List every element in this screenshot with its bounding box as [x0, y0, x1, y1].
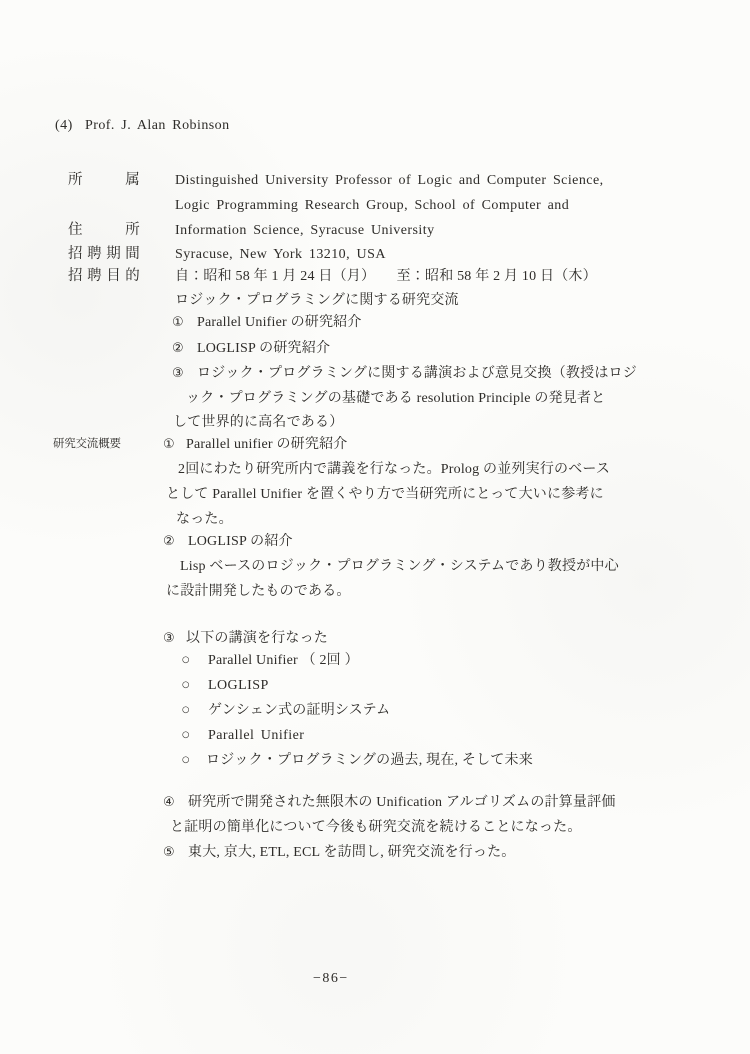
line-text: として Parallel Unifier を置くやり方で当研究所にとって大いに参…	[166, 482, 604, 507]
summary-item-2: ②LOGLISP の紹介	[0, 529, 750, 554]
bullet-circle-icon: ○	[182, 648, 190, 673]
line-text: に設計開発したものである。	[166, 579, 351, 604]
line-text: ック・プログラミングの基礎である resolution Principle の発…	[186, 386, 605, 411]
line-text: Logic Programming Research Group, School…	[175, 193, 569, 218]
label-char: 住	[68, 218, 83, 243]
lecture-bullet-5: ○ロジック・プログラミングの過去, 現在, そして未来	[0, 748, 750, 773]
summary-item-2-body-1: Lisp ベースのロジック・プログラミング・システムであり教授が中心	[0, 554, 750, 579]
list-marker: ①	[163, 432, 175, 457]
affiliation-value-2: Logic Programming Research Group, School…	[0, 193, 750, 218]
label-char: 所	[68, 168, 83, 193]
document-page: (4)Prof. J. Alan Robinson所属Distinguished…	[0, 0, 750, 1054]
summary-item-1-body-1: 2回にわたり研究所内で講義を行なった。Prolog の並列実行のベース	[0, 457, 750, 482]
list-marker: ⑤	[163, 840, 175, 865]
line-text: Lisp ベースのロジック・プログラミング・システムであり教授が中心	[180, 554, 619, 579]
label-char: 目	[106, 264, 121, 289]
list-marker: (4)	[55, 113, 73, 138]
line-text: Parallel Unifier の研究紹介	[197, 310, 362, 335]
lecture-bullet-2: ○LOGLISP	[0, 673, 750, 698]
label-char: 所	[125, 218, 140, 243]
label-char: 的	[125, 264, 140, 289]
line-text: LOGLISP の紹介	[188, 529, 293, 554]
line-text: ロジック・プログラミングの過去, 現在, そして未来	[206, 748, 533, 773]
label-research-exchange-summary: 研究交流概要	[53, 432, 121, 457]
line-text: と証明の簡単化について今後も研究交流を続けることになった。	[170, 815, 582, 840]
lecture-bullet-1: ○Parallel Unifier （ 2回 ）	[0, 648, 750, 673]
invitation-period-value: 招聘目的自：昭和 58 年 1 月 24 日（月） 至：昭和 58 年 2 月 …	[0, 264, 750, 289]
summary-item-1-body-2: として Parallel Unifier を置くやり方で当研究所にとって大いに参…	[0, 482, 750, 507]
line-text: ロジック・プログラミングに関する講演および意見交換（教授はロジ	[197, 361, 637, 386]
bullet-circle-icon: ○	[182, 698, 190, 723]
line-text: Parallel Unifier （ 2回 ）	[208, 648, 359, 673]
bullet-circle-icon: ○	[182, 673, 190, 698]
summary-item-4-cont: と証明の簡単化について今後も研究交流を続けることになった。	[0, 815, 750, 840]
summary-item-1: 研究交流概要①Parallel unifier の研究紹介	[0, 432, 750, 457]
list-marker: ②	[172, 336, 184, 361]
bullet-circle-icon: ○	[182, 723, 190, 748]
list-marker: ②	[163, 529, 175, 554]
label-char: 聘	[87, 264, 102, 289]
label-affiliation: 所属	[68, 168, 140, 193]
purpose-item-3: ③ロジック・プログラミングに関する講演および意見交換（教授はロジ	[0, 361, 750, 386]
label-address: 住所	[68, 218, 140, 243]
summary-item-4: ④研究所で開発された無限木の Unification アルゴリズムの計算量評価	[0, 790, 750, 815]
label-invitation-purpose: 招聘目的	[68, 264, 140, 289]
bullet-circle-icon: ○	[182, 748, 190, 773]
label-char: 属	[125, 168, 140, 193]
list-marker: ③	[172, 361, 184, 386]
line-text: Parallel Unifier	[208, 723, 304, 748]
address-value-1: 住所Information Science, Syracuse Universi…	[0, 218, 750, 243]
heading-line: (4)Prof. J. Alan Robinson	[0, 113, 750, 138]
summary-item-2-body-2: に設計開発したものである。	[0, 579, 750, 604]
affiliation-value-1: 所属Distinguished University Professor of …	[0, 168, 750, 193]
purpose-item-3-cont-1: ック・プログラミングの基礎である resolution Principle の発…	[0, 386, 750, 411]
line-text: LOGLISP の研究紹介	[197, 336, 330, 361]
line-text: 東大, 京大, ETL, ECL を訪問し, 研究交流を行った。	[188, 840, 515, 865]
line-text: ゲンシェン式の証明システム	[208, 698, 390, 723]
line-text: Prof. J. Alan Robinson	[85, 113, 230, 138]
line-text: Distinguished University Professor of Lo…	[175, 168, 604, 193]
line-text: Parallel unifier の研究紹介	[186, 432, 347, 457]
list-marker: ①	[172, 310, 184, 335]
summary-item-5: ⑤東大, 京大, ETL, ECL を訪問し, 研究交流を行った。	[0, 840, 750, 865]
line-text: LOGLISP	[208, 673, 269, 698]
line-text: 2回にわたり研究所内で講義を行なった。Prolog の並列実行のベース	[178, 457, 610, 482]
label-char: 招	[68, 264, 83, 289]
line-text: Information Science, Syracuse University	[175, 218, 435, 243]
lecture-bullet-3: ○ゲンシェン式の証明システム	[0, 698, 750, 723]
purpose-item-2: ②LOGLISP の研究紹介	[0, 336, 750, 361]
list-marker: ④	[163, 790, 175, 815]
page-number: −86−	[313, 966, 349, 991]
purpose-item-1: ①Parallel Unifier の研究紹介	[0, 310, 750, 335]
line-text: 自：昭和 58 年 1 月 24 日（月） 至：昭和 58 年 2 月 10 日…	[175, 264, 597, 289]
line-text: 研究所で開発された無限木の Unification アルゴリズムの計算量評価	[188, 790, 616, 815]
lecture-bullet-4: ○Parallel Unifier	[0, 723, 750, 748]
